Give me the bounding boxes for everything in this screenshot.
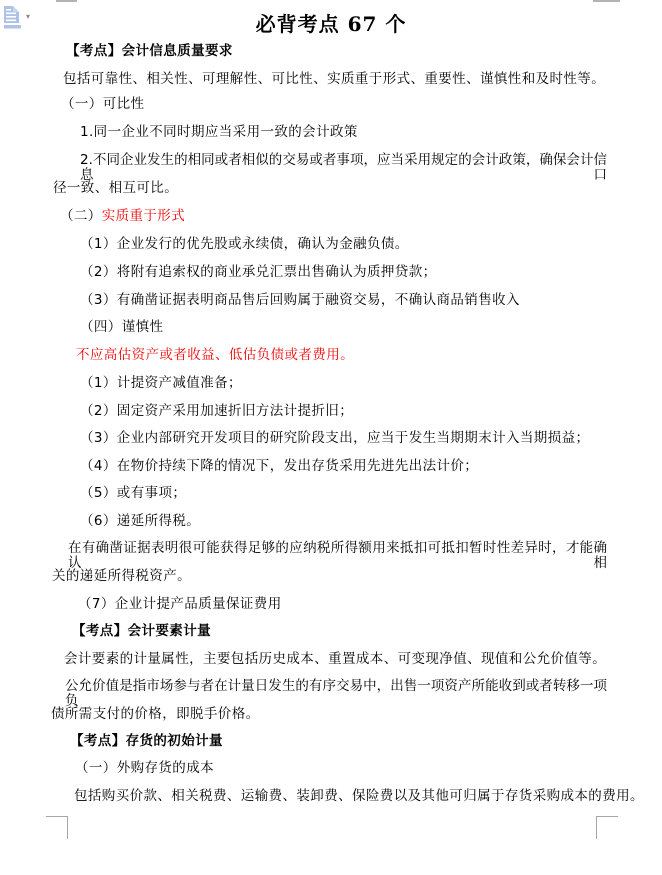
doc-line-substance-over-form: （二）实质重于形式 (60, 209, 185, 224)
document-title: 必背考点 67 个 (0, 8, 662, 37)
doc-line: （6）递延所得税。 (80, 514, 200, 529)
doc-line: （5）或有事项； (80, 486, 186, 501)
document-page: ▾ 必背考点 67 个 【考点】会计信息质量要求 包括可靠性、相关性、可理解性、… (0, 0, 662, 875)
doc-line: （3）企业内部研究开发项目的研究阶段支出，应当于发生当期期末计入当期损益； (80, 431, 589, 446)
doc-line: （3）有确凿证据表明商品售后回购属于融资交易，不确认商品销售收入 (80, 293, 520, 308)
doc-line: 径一致、相互可比。 (53, 181, 178, 196)
doc-line: 包括可靠性、相关性、可理解性、可比性、实质重于形式、重要性、谨慎性和及时性等。 (63, 72, 605, 87)
doc-line: 在有确凿证据表明很可能获得足够的应纳税所得额用来抵扣可抵扣暂时性差异时，才能确认… (68, 541, 607, 571)
doc-line: 公允价值是指市场参与者在计量日发生的有序交易中，出售一项资产所能收到或者转移一项… (65, 679, 607, 709)
doc-line: （2）固定资产采用加速折旧方法计提折旧； (80, 404, 353, 419)
text-boundary-mark-bottom-left (46, 816, 68, 839)
doc-line-prudence: （四）谨慎性 (80, 320, 163, 335)
doc-line: （2）将附有追索权的商业承兑汇票出售确认为质押贷款； (80, 265, 437, 280)
doc-line: 关的递延所得税资产。 (52, 569, 191, 584)
heading-accounting-info-quality: 【考点】会计信息质量要求 (66, 44, 233, 59)
doc-line: 会计要素的计量属性，主要包括历史成本、重置成本、可变现净值、现值和公允价值等。 (64, 652, 606, 667)
doc-line: （7）企业计提产品质量保证费用 (78, 597, 282, 612)
text-boundary-mark-top-right (593, 0, 620, 2)
doc-line: 债所需支付的价格，即脱手价格。 (51, 707, 260, 722)
doc-line: 1.同一企业不同时期应当采用一致的会计政策 (80, 125, 358, 140)
doc-line: 2.不同企业发生的相同或者相似的交易或者事项，应当采用规定的会计政策，确保会计信… (80, 153, 607, 183)
doc-line: 包括购买价款、相关税费、运输费、装卸费、保险费以及其他可归属于存货采购成本的费用… (74, 789, 644, 804)
red-emphasis-line: 不应高估资产或者收益、低估负债或者费用。 (76, 348, 354, 363)
heading-inventory-initial-measurement: 【考点】存货的初始计量 (70, 734, 223, 749)
doc-line: （1）企业发行的优先股或永续债，确认为金融负债。 (80, 237, 409, 252)
doc-line-purchased-inventory-cost: （一）外购存货的成本 (75, 761, 214, 776)
line-number-prefix: （二） (60, 208, 102, 224)
heading-accounting-elements-measurement: 【考点】会计要素计量 (72, 624, 211, 639)
doc-line: （4）在物价持续下降的情况下，发出存货采用先进先出法计价； (80, 459, 478, 474)
doc-line: （1）计提资产减值准备； (80, 376, 242, 391)
doc-line-comparability: （一）可比性 (61, 97, 144, 112)
text-boundary-mark-bottom-right (596, 816, 618, 839)
text-boundary-mark-top-left (56, 0, 77, 2)
red-emphasis-text: 实质重于形式 (102, 208, 185, 224)
